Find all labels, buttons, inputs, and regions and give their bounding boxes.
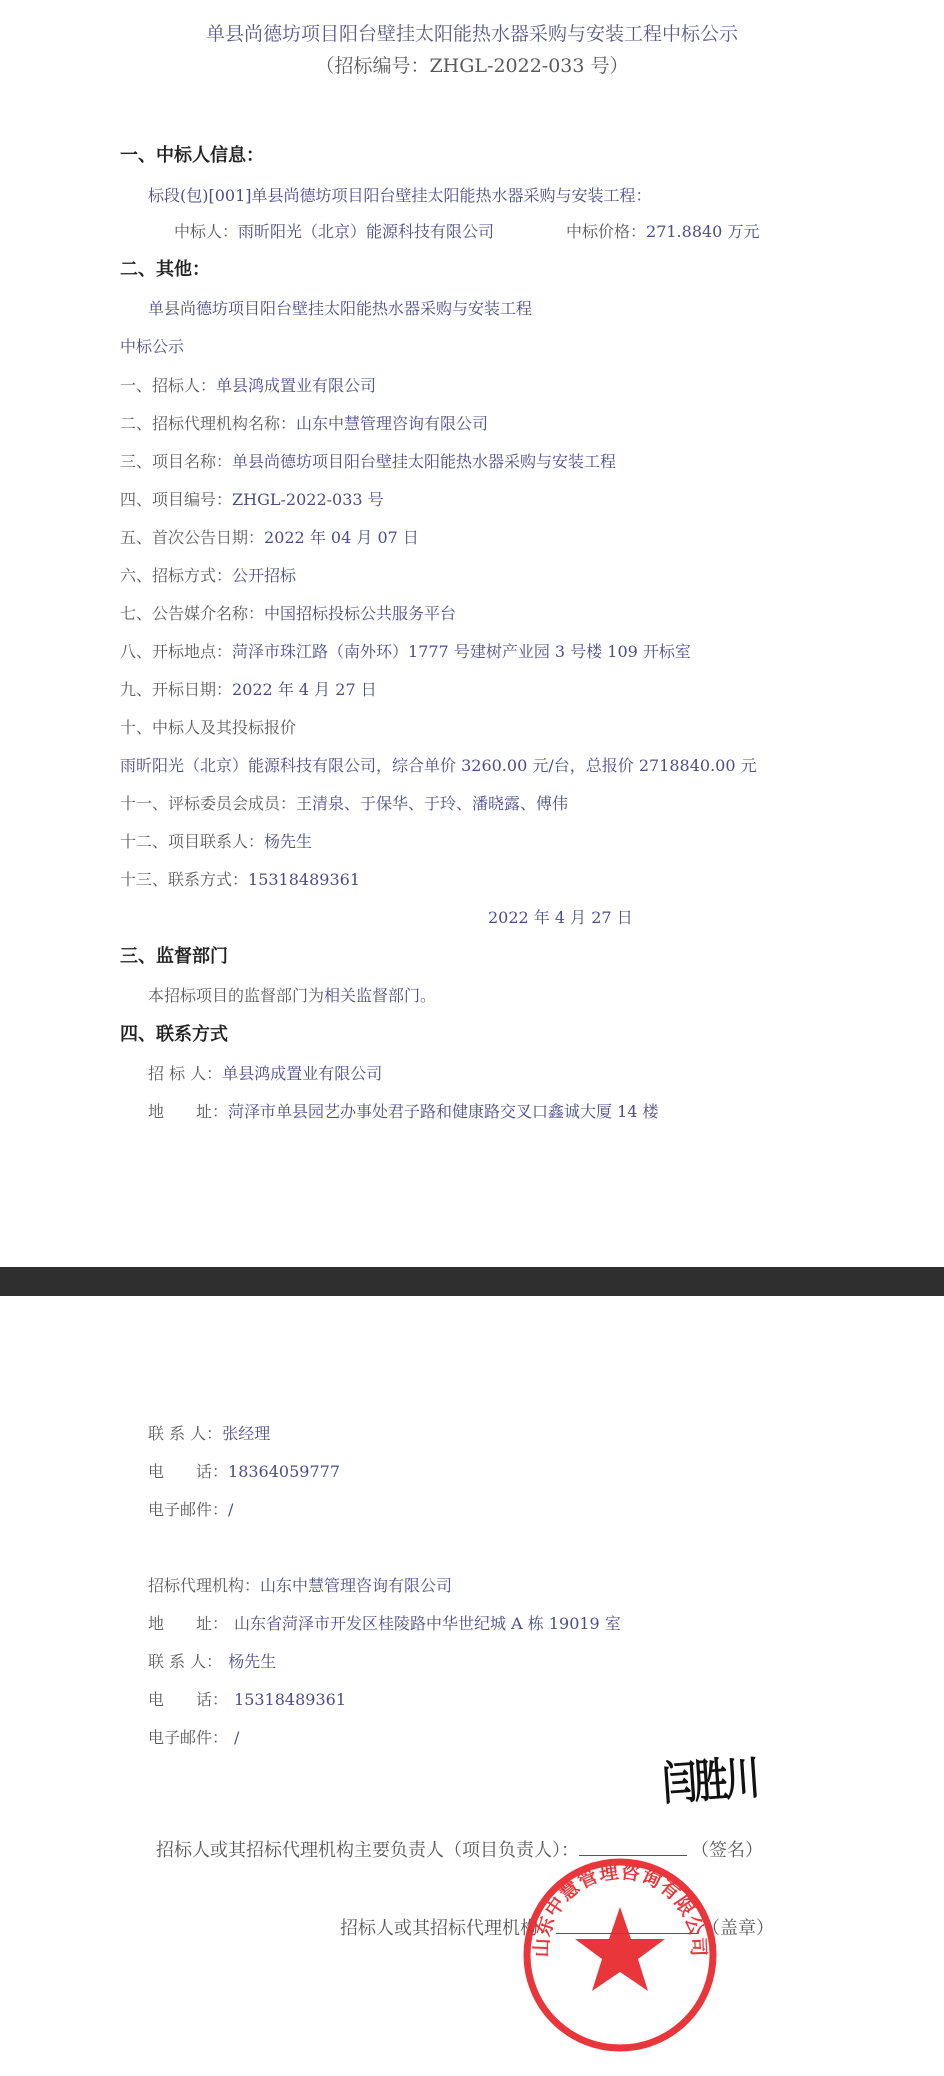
- field-value: 山东中慧管理咨询有限公司: [260, 1576, 452, 1595]
- star-icon: [575, 1907, 665, 1991]
- agency-address-row: 地 址：山东省菏泽市开发区桂陵路中华世纪城 A 栋 19019 室: [148, 1614, 621, 1634]
- field-label: 电 话：: [148, 1690, 228, 1709]
- item-value: 山东中慧管理咨询有限公司: [296, 414, 488, 433]
- item-label: 十三、联系方式：: [120, 870, 248, 889]
- section4-heading: 四、联系方式: [120, 1024, 228, 1046]
- item-value: 2022 年 04 月 07 日: [264, 528, 419, 547]
- item-winner-bid-detail: 雨昕阳光（北京）能源科技有限公司，综合单价 3260.00 元/台，总报价 27…: [120, 756, 757, 776]
- item-label: 五、首次公告日期：: [120, 528, 264, 547]
- item-value: 15318489361: [248, 870, 360, 889]
- item-opening-date: 九、开标日期：2022 年 4 月 27 日: [120, 680, 377, 700]
- item-value: 单县鸿成置业有限公司: [216, 376, 376, 395]
- item-tenderer: 一、招标人：单县鸿成置业有限公司: [120, 376, 376, 396]
- handwritten-signature: 闫胜川: [660, 1741, 759, 1813]
- winner-row: 中标人：雨昕阳光（北京）能源科技有限公司: [174, 222, 494, 242]
- winner-value: 雨昕阳光（北京）能源科技有限公司: [238, 222, 494, 241]
- item-bidding-method: 六、招标方式：公开招标: [120, 566, 296, 586]
- item-label: 二、招标代理机构名称：: [120, 414, 296, 433]
- item-label: 七、公告媒介名称：: [120, 604, 264, 623]
- field-value: /: [234, 1728, 239, 1747]
- agency-email-row: 电子邮件：/: [148, 1728, 239, 1748]
- item-label: 四、项目编号：: [120, 490, 232, 509]
- item-label: 三、项目名称：: [120, 452, 232, 471]
- item-value: 雨昕阳光（北京）能源科技有限公司，综合单价 3260.00 元/台，总报价 27…: [120, 756, 757, 775]
- price-row: 中标价格：271.8840 万元: [566, 222, 759, 242]
- item-project-contact: 十二、项目联系人：杨先生: [120, 832, 312, 852]
- item-label: 九、开标日期：: [120, 680, 232, 699]
- announcement-date: 2022 年 4 月 27 日: [488, 908, 633, 928]
- item-value: 中国招标投标公共服务平台: [264, 604, 456, 623]
- winner-label: 中标人：: [174, 222, 238, 241]
- supervision-prefix: 本招标项目的监督部门为: [148, 986, 324, 1005]
- supervision-suffix: 。: [420, 986, 436, 1005]
- item-label: 一、招标人：: [120, 376, 216, 395]
- field-value: 山东省菏泽市开发区桂陵路中华世纪城 A 栋 19019 室: [234, 1614, 621, 1633]
- agency-contact-row: 联 系 人：杨先生: [148, 1652, 276, 1672]
- field-value: 菏泽市单县园艺办事处君子路和健康路交叉口鑫诚大厦 14 楼: [228, 1102, 659, 1121]
- field-label: 招标代理机构：: [148, 1576, 260, 1595]
- section2-intro-line1: 单县尚德坊项目阳台壁挂太阳能热水器采购与安装工程: [148, 299, 532, 319]
- price-value: 271.8840 万元: [646, 222, 759, 241]
- item-label: 八、开标地点：: [120, 642, 232, 661]
- item-opening-location: 八、开标地点：菏泽市珠江路（南外环）1777 号建树产业园 3 号楼 109 开…: [120, 642, 691, 662]
- item-value: 2022 年 4 月 27 日: [232, 680, 377, 699]
- supervision-dept: 相关监督部门: [324, 986, 420, 1005]
- company-seal-stamp-icon: 山东中慧管理咨询有限公司: [520, 1855, 720, 2055]
- field-label: 招 标 人：: [148, 1064, 222, 1083]
- item-project-name: 三、项目名称：单县尚德坊项目阳台壁挂太阳能热水器采购与安装工程: [120, 452, 616, 472]
- price-label: 中标价格：: [566, 222, 646, 241]
- item-agency: 二、招标代理机构名称：山东中慧管理咨询有限公司: [120, 414, 488, 434]
- section3-heading: 三、监督部门: [120, 946, 228, 968]
- field-label: 电 话：: [148, 1462, 228, 1481]
- field-value: 杨先生: [228, 1652, 276, 1671]
- item-project-number: 四、项目编号：ZHGL-2022-033 号: [120, 490, 384, 510]
- signature-blank: [579, 1841, 687, 1856]
- field-value: /: [228, 1500, 233, 1519]
- tenderer-phone-row: 电 话：18364059777: [148, 1462, 340, 1482]
- tenderer-contact-row: 联 系 人：张经理: [148, 1424, 270, 1444]
- section1-heading: 一、中标人信息：: [120, 145, 264, 167]
- document-page-1: 单县尚德坊项目阳台壁挂太阳能热水器采购与安装工程中标公示 （招标编号：ZHGL-…: [0, 0, 944, 1267]
- item-label: 十二、项目联系人：: [120, 832, 264, 851]
- item-value: 公开招标: [232, 566, 296, 585]
- lot-description: 标段(包)[001]单县尚德坊项目阳台壁挂太阳能热水器采购与安装工程：: [148, 186, 652, 206]
- signer-label: 招标人或其招标代理机构主要负责人（项目负责人）：: [156, 1840, 579, 1861]
- field-label: 电子邮件：: [148, 1728, 228, 1747]
- item-committee-members: 十一、评标委员会成员：王清泉、于保华、于玲、潘晓露、傅伟: [120, 794, 568, 814]
- field-label: 联 系 人：: [148, 1652, 222, 1671]
- item-value: 菏泽市珠江路（南外环）1777 号建树产业园 3 号楼 109 开标室: [232, 642, 691, 661]
- page-break: [0, 1267, 944, 1296]
- field-label: 联 系 人：: [148, 1424, 222, 1443]
- item-first-announcement-date: 五、首次公告日期：2022 年 04 月 07 日: [120, 528, 419, 548]
- item-contact-phone: 十三、联系方式：15318489361: [120, 870, 360, 890]
- tenderer-address-row: 地 址：菏泽市单县园艺办事处君子路和健康路交叉口鑫诚大厦 14 楼: [148, 1102, 659, 1122]
- item-winner-bid-heading: 十、中标人及其投标报价: [120, 718, 296, 738]
- field-value: 张经理: [222, 1424, 270, 1443]
- section2-intro-line2: 中标公示: [120, 337, 184, 357]
- item-label: 十一、评标委员会成员：: [120, 794, 296, 813]
- field-label: 电子邮件：: [148, 1500, 228, 1519]
- section2-heading: 二、其他：: [120, 259, 210, 281]
- field-value: 18364059777: [228, 1462, 340, 1481]
- item-value: 杨先生: [264, 832, 312, 851]
- field-label: 地 址：: [148, 1614, 228, 1633]
- item-value: 单县尚德坊项目阳台壁挂太阳能热水器采购与安装工程: [232, 452, 616, 471]
- document-title: 单县尚德坊项目阳台壁挂太阳能热水器采购与安装工程中标公示: [0, 22, 944, 46]
- document-page-2: [0, 1296, 944, 2076]
- item-value: 王清泉、于保华、于玲、潘晓露、傅伟: [296, 794, 568, 813]
- item-label: 六、招标方式：: [120, 566, 232, 585]
- tenderer-email-row: 电子邮件：/: [148, 1500, 233, 1520]
- tenderer-name-row: 招 标 人：单县鸿成置业有限公司: [148, 1064, 382, 1084]
- field-value: 15318489361: [234, 1690, 346, 1709]
- item-value: ZHGL-2022-033 号: [232, 490, 384, 509]
- field-label: 地 址：: [148, 1102, 228, 1121]
- supervision-text: 本招标项目的监督部门为相关监督部门。: [148, 986, 436, 1006]
- item-label: 十、中标人及其投标报价: [120, 718, 296, 737]
- document-subtitle: （招标编号：ZHGL-2022-033 号）: [0, 54, 944, 78]
- agency-phone-row: 电 话：15318489361: [148, 1690, 346, 1710]
- agency-name-row: 招标代理机构：山东中慧管理咨询有限公司: [148, 1576, 452, 1596]
- item-media-name: 七、公告媒介名称：中国招标投标公共服务平台: [120, 604, 456, 624]
- field-value: 单县鸿成置业有限公司: [222, 1064, 382, 1083]
